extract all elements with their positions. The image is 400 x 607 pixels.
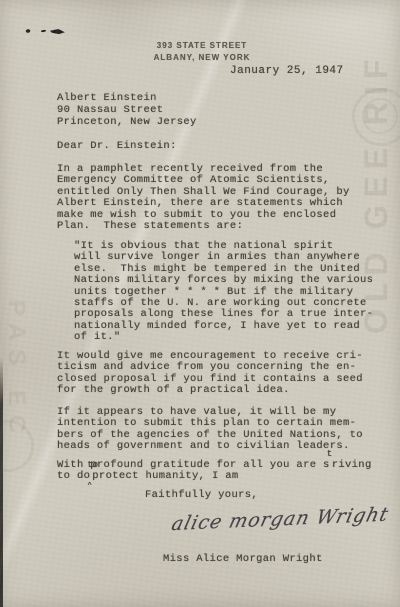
typo-correction-t: t xyxy=(330,466,332,467)
valediction: Faithfully yours, xyxy=(145,490,258,501)
ghost-ring-mark-inner xyxy=(362,98,398,134)
closing-text: riving xyxy=(332,459,372,471)
handwritten-signature: alice morgan Wright xyxy=(169,503,400,535)
ghost-ring-mark-left xyxy=(0,420,34,472)
ink-dash-mark xyxy=(41,30,46,33)
ink-arrow-smudge xyxy=(50,28,65,34)
paragraph-3: If it appears to have value, it will be … xyxy=(57,407,363,453)
closing-paragraph: With profound gratitude for all you are … xyxy=(57,460,372,483)
closing-text: protect humanity, I am xyxy=(92,470,238,482)
ink-dot-mark xyxy=(25,28,31,34)
letterhead-city: ALBANY, NEW YORK xyxy=(102,52,302,64)
caret-insertion-to: to^ xyxy=(90,477,92,478)
closing-text: to do xyxy=(57,470,90,482)
scan-edge-shadow xyxy=(0,358,3,607)
letter-page: OLD GEE RIF PAS EC 393 STATE STREET ALBA… xyxy=(0,0,400,607)
paragraph-2: It would give me encouragement to receiv… xyxy=(57,351,363,397)
letterhead-street: 393 STATE STREET xyxy=(102,40,302,52)
letterhead: 393 STATE STREET ALBANY, NEW YORK xyxy=(102,40,302,64)
salutation: Dear Dr. Einstein: xyxy=(57,141,177,152)
typed-signature-name: Miss Alice Morgan Wright xyxy=(163,554,323,565)
recipient-address: Albert Einstein 90 Nassau Street Princet… xyxy=(57,92,197,129)
quotation-block: "It is obvious that the national spirit … xyxy=(74,241,373,344)
paragraph-1: In a pamphlet recently received from the… xyxy=(57,164,350,232)
date-line: January 25, 1947 xyxy=(230,66,344,77)
